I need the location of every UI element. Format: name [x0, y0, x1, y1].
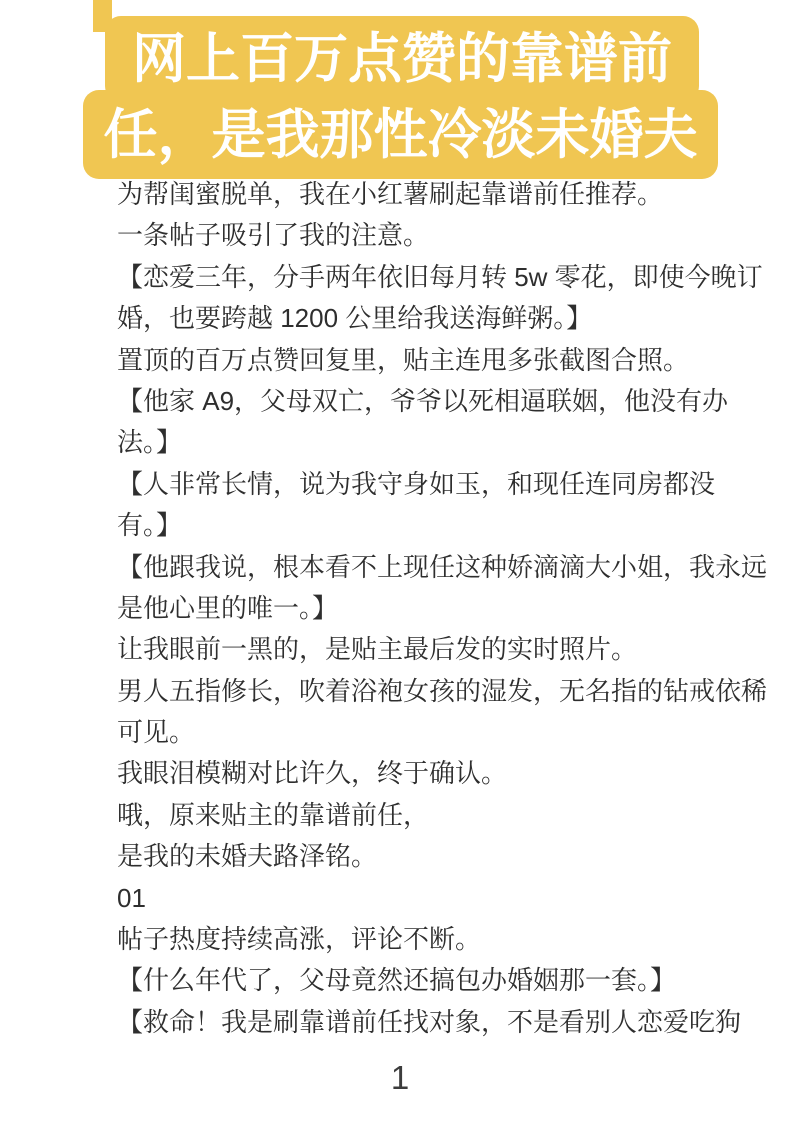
body-line: 为帮闺蜜脱单，我在小红薯刷起靠谱前任推荐。 — [117, 174, 787, 215]
body-line: 【人非常长情，说为我守身如玉，和现任连同房都没 — [117, 464, 787, 505]
page-title-line-2: 任，是我那性冷淡未婚夫 — [104, 108, 698, 162]
body-line: 婚，也要跨越 1200 公里给我送海鲜粥。】 — [117, 298, 787, 339]
body-line: 【他家 A9，父母双亡，爷爷以死相逼联姻，他没有办 — [117, 381, 787, 422]
body-line: 【救命！我是刷靠谱前任找对象，不是看别人恋爱吃狗 — [117, 1002, 787, 1043]
body-line: 【恋爱三年，分手两年依旧每月转 5w 零花，即使今晚订 — [117, 257, 787, 298]
body-line: 【他跟我说，根本看不上现任这种娇滴滴大小姐，我永远 — [117, 547, 787, 588]
body-line: 我眼泪模糊对比许久，终于确认。 — [117, 753, 787, 794]
body-line: 法。】 — [117, 422, 787, 463]
body-line: 【什么年代了，父母竟然还搞包办婚姻那一套。】 — [117, 960, 787, 1001]
body-line: 男人五指修长，吹着浴袍女孩的湿发，无名指的钻戒依稀 — [117, 671, 787, 712]
body-line: 让我眼前一黑的，是贴主最后发的实时照片。 — [117, 629, 787, 670]
body-line: 是我的未婚夫路泽铭。 — [117, 836, 787, 877]
body-line: 有。】 — [117, 505, 787, 546]
story-page: 网上百万点赞的靠谱前 任，是我那性冷淡未婚夫 为帮闺蜜脱单，我在小红薯刷起靠谱前… — [0, 0, 800, 1130]
chapter-number: 01 — [117, 878, 787, 919]
body-line: 是他心里的唯一。】 — [117, 588, 787, 629]
title-highlight-line-2: 任，是我那性冷淡未婚夫 — [83, 90, 718, 179]
body-line: 可见。 — [117, 712, 787, 753]
page-number: 1 — [0, 1058, 800, 1098]
body-line: 帖子热度持续高涨，评论不断。 — [117, 919, 787, 960]
body-line: 置顶的百万点赞回复里，贴主连甩多张截图合照。 — [117, 340, 787, 381]
body-line: 一条帖子吸引了我的注意。 — [117, 215, 787, 256]
story-body: 为帮闺蜜脱单，我在小红薯刷起靠谱前任推荐。 一条帖子吸引了我的注意。 【恋爱三年… — [117, 174, 787, 1043]
page-title-line-1: 网上百万点赞的靠谱前 — [132, 32, 672, 86]
body-line: 哦，原来贴主的靠谱前任， — [117, 795, 787, 836]
